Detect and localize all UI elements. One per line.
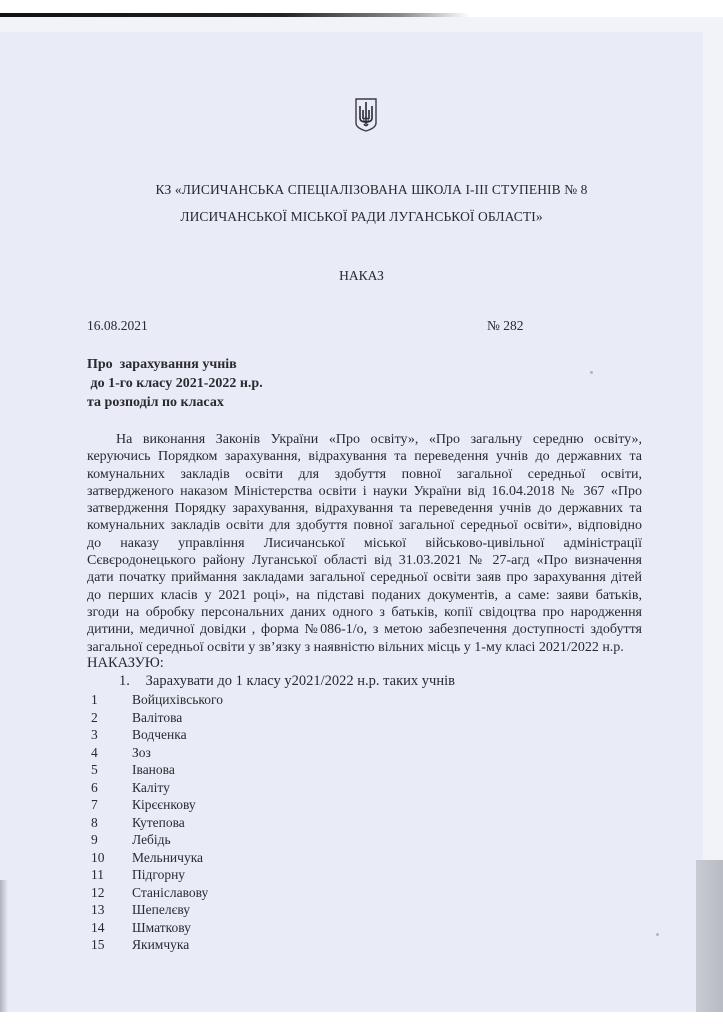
- student-name: Кірєєнкову: [132, 796, 196, 814]
- student-name: Водченка: [132, 726, 187, 744]
- preamble-line: до перших класів у 2021 році», на підста…: [87, 587, 642, 604]
- preamble-line: згоди на обробку персональних даних одно…: [87, 604, 642, 621]
- list-item: 2Валітова: [91, 709, 223, 727]
- student-name: Шматкову: [132, 919, 191, 937]
- student-number: 6: [91, 779, 132, 797]
- student-name: Валітова: [132, 709, 182, 727]
- point-text: Зарахувати до 1 класу у2021/2022 н.р. та…: [146, 673, 455, 689]
- preamble-line: затвердження Порядку зарахування, відрах…: [87, 500, 642, 517]
- preamble-line: затвердженого наказом Міністерства освіт…: [87, 483, 642, 500]
- preamble-line: загальної середньої освіти у зв’язку з н…: [87, 639, 642, 656]
- student-number: 12: [91, 884, 132, 902]
- student-number: 2: [91, 709, 132, 727]
- order-preamble: На виконання Законів України «Про освіту…: [87, 431, 642, 656]
- subject-line: Про зарахування учнів: [87, 355, 263, 374]
- preamble-line: дитини, медичної довідки , форма №086-1/…: [87, 621, 642, 638]
- student-name: Шепелєву: [132, 901, 190, 919]
- preamble-line: дати початку приймання закладами загальн…: [87, 569, 642, 586]
- student-name: Мельничука: [132, 849, 203, 867]
- list-item: 3Водченка: [91, 726, 223, 744]
- list-item: 15Якимчука: [91, 936, 223, 954]
- subject-line: до 1-го класу 2021-2022 н.р.: [87, 374, 263, 393]
- list-item: 13Шепелєву: [91, 901, 223, 919]
- school-name-line-2: ЛИСИЧАНСЬКОЇ МІСЬКОЇ РАДИ ЛУГАНСЬКОЇ ОБЛ…: [0, 209, 723, 225]
- page-edge-shadow-left: [0, 880, 8, 1012]
- student-name: Зоз: [132, 744, 151, 762]
- order-point-1: 1. Зарахувати до 1 класу у2021/2022 н.р.…: [119, 673, 455, 690]
- list-item: 14Шматкову: [91, 919, 223, 937]
- student-name: Войцихівського: [132, 691, 223, 709]
- order-title: НАКАЗ: [0, 268, 723, 284]
- student-name: Станіславову: [132, 884, 208, 902]
- list-item: 4Зоз: [91, 744, 223, 762]
- scan-speck: [590, 371, 593, 374]
- student-number: 8: [91, 814, 132, 832]
- student-number: 1: [91, 691, 132, 709]
- preamble-line: комунальних закладів освіти для здобуття…: [87, 517, 642, 534]
- preamble-line: Сєвєродонецького району Луганської облас…: [87, 552, 642, 569]
- list-item: 11Підгорну: [91, 866, 223, 884]
- order-number: № 282: [487, 318, 524, 334]
- student-name: Каліту: [132, 779, 170, 797]
- student-number: 5: [91, 761, 132, 779]
- student-number: 14: [91, 919, 132, 937]
- student-number: 9: [91, 831, 132, 849]
- preamble-line: На виконання Законів України «Про освіту…: [87, 431, 642, 448]
- student-name: Іванова: [132, 761, 175, 779]
- student-number: 7: [91, 796, 132, 814]
- student-number: 4: [91, 744, 132, 762]
- list-item: 12Станіславову: [91, 884, 223, 902]
- list-item: 7Кірєєнкову: [91, 796, 223, 814]
- scan-speck: [656, 933, 659, 936]
- list-item: 8Кутепова: [91, 814, 223, 832]
- student-number: 15: [91, 936, 132, 954]
- student-name: Якимчука: [132, 936, 189, 954]
- preamble-line: до наказу управління Лисичанської місько…: [87, 535, 642, 552]
- order-date: 16.08.2021: [87, 318, 148, 334]
- subject-line: та розподіл по класах: [87, 393, 263, 412]
- student-number: 13: [91, 901, 132, 919]
- preamble-line: керуючись Порядком зарахування, відрахув…: [87, 448, 642, 465]
- list-item: 1Войцихівського: [91, 691, 223, 709]
- student-number: 3: [91, 726, 132, 744]
- page-edge-shadow-right: [696, 860, 723, 1012]
- student-name: Кутепова: [132, 814, 185, 832]
- student-name: Лебідь: [132, 831, 171, 849]
- student-number: 11: [91, 866, 132, 884]
- student-list: 1Войцихівського2Валітова3Водченка4Зоз5Ів…: [91, 691, 223, 954]
- preamble-line: комунальних закладів освіти для здобуття…: [87, 466, 642, 483]
- list-item: 6Каліту: [91, 779, 223, 797]
- list-item: 9Лебідь: [91, 831, 223, 849]
- list-item: 10Мельничука: [91, 849, 223, 867]
- list-item: 5Іванова: [91, 761, 223, 779]
- school-name-line-1: КЗ «ЛИСИЧАНСЬКА СПЕЦІАЛІЗОВАНА ШКОЛА І-І…: [10, 182, 723, 198]
- student-name: Підгорну: [132, 866, 185, 884]
- ukraine-trident-icon: [355, 98, 377, 132]
- student-number: 10: [91, 849, 132, 867]
- point-number: 1.: [119, 673, 142, 690]
- order-subject: Про зарахування учнів до 1-го класу 2021…: [87, 355, 263, 412]
- order-directive-heading: НАКАЗУЮ:: [87, 655, 164, 672]
